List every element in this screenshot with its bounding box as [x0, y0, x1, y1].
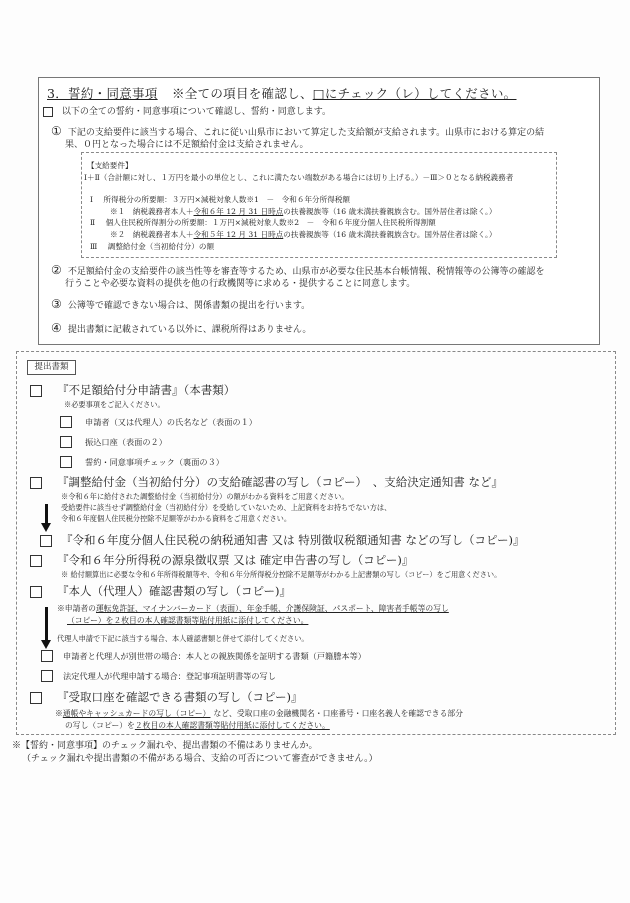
- doc2-note-1: ※令和６年に給付された調整給付金（当初給付分）の額がわかる資料をご用意ください。: [61, 492, 349, 502]
- doc1-sub2-checkbox[interactable]: [60, 436, 72, 448]
- section-title: 3．誓約・同意事項 ※全ての項目を確認し、□にチェック（レ）してください。: [47, 84, 517, 102]
- doc4-title: 『本人（代理人）確認書類の写し（コピー)』: [57, 583, 291, 599]
- section-title-main: 3．誓約・同意事項: [47, 86, 158, 101]
- text-underlined: ２枚目の本人確認書類等貼付用紙に添付してください。: [135, 721, 330, 730]
- text-underlined: 運転免許証、マイナンバーカード（表面）、年金手帳、介護保険証、パスポート、障害者…: [96, 604, 449, 613]
- text: など、受取口座の金融機関名・口座番号・口座名義人を確認できる部分: [213, 709, 463, 718]
- text-underlined: 令和６年 12 月 31 日時点: [194, 207, 284, 216]
- text: ※: [55, 709, 63, 718]
- doc4-proxy-note: 代理人申請で下記に該当する場合、本人確認書類と併せて添付してください。: [57, 634, 309, 644]
- item-number: ③: [51, 297, 65, 311]
- doc5-checkbox[interactable]: [30, 692, 42, 704]
- item-number: ②: [51, 263, 65, 277]
- requirement-ii: Ⅱ 個人住民税所得割分の所要額：１万円×減税対象人数※2 － 令和６年度分個人住…: [90, 217, 436, 228]
- section-title-note: ※全ての項目を確認し、: [172, 86, 313, 101]
- doc2-alt-title: 『令和６年度分個人住民税の納税通知書 又は 特別徴収税額通知書 などの写し（コピ…: [61, 532, 525, 548]
- doc4-note-line1: ※申請者の運転免許証、マイナンバーカード（表面）、年金手帳、介護保険証、パスポー…: [57, 603, 449, 614]
- doc2-checkbox[interactable]: [30, 477, 42, 489]
- doc3-checkbox[interactable]: [30, 555, 42, 567]
- agree-all-label: 以下の全ての誓約・同意事項について確認し、誓約・同意します。: [62, 107, 331, 117]
- agree-all-row: 以下の全ての誓約・同意事項について確認し、誓約・同意します。: [43, 104, 331, 117]
- doc1-title: 『不足額給付分申請書』（本書類）: [57, 382, 235, 398]
- doc2-note-2: 受給要件に該当せず調整給付金（当初給付分）を受給していないため、上記資料をお持ち…: [61, 503, 391, 513]
- text: 調整給付金（当初給付分）の額: [108, 242, 214, 251]
- doc4-proxy1-label: 申請者と代理人が別世帯の場合：本人との親族関係を証明する書類（戸籍謄本等）: [63, 651, 366, 662]
- consent-item-1-cont: 果、０円となった場合には不足額給付金は支給されません。: [65, 137, 309, 150]
- doc4-checkbox[interactable]: [30, 586, 42, 598]
- requirement-iii: Ⅲ 調整給付金（当初給付分）の額: [90, 241, 214, 252]
- agree-all-checkbox[interactable]: [43, 107, 53, 117]
- item-number: ④: [51, 321, 65, 335]
- doc4-proxy2-label: 法定代理人が代理申請する場合：登記事項証明書等の写し: [63, 671, 276, 682]
- item-text: 提出書類に記載されている以外に、課税所得はありません。: [68, 325, 312, 335]
- payment-requirements-box: 【支給要件】 Ⅰ＋Ⅱ（合計額に対し、１万円を最小の単位とし、これに満たない端数が…: [81, 152, 557, 258]
- doc4-proxy2-checkbox[interactable]: [41, 670, 53, 682]
- section-title-note-underlined: □にチェック（レ）してください。: [313, 86, 517, 101]
- text: の扶養親族等（16 歳未満扶養親族含む。国外居住者は除く。）: [283, 230, 496, 239]
- text: 個人住民税所得割分の所要額：１万円×減税対象人数※2 － 令和６年度分個人住民税…: [106, 218, 436, 227]
- label: Ⅲ: [90, 242, 97, 251]
- doc2-note-3: 令和６年度個人住民税分控除不足額等がわかる資料をご用意ください。: [61, 514, 291, 524]
- doc5-note-line2: の写し（コピー）を２枚目の本人確認書類等貼付用紙に添付してください。: [65, 720, 330, 731]
- consent-item-1: ① 下記の支給要件に該当する場合、これに従い山県市において算定した支給額が支給さ…: [51, 124, 544, 138]
- doc1-sub2-label: 振込口座（表面の２）: [85, 437, 167, 448]
- text: の写し（コピー）を: [65, 721, 135, 730]
- doc1-sub1-label: 申請者（又は代理人）の氏名など（表面の１）: [85, 417, 257, 428]
- doc4-proxy1-checkbox[interactable]: [41, 650, 53, 662]
- requirement-i: Ⅰ 所得税分の所要額：３万円×減税対象人数※1 － 令和６年分所得税額: [90, 194, 350, 205]
- requirements-formula: Ⅰ＋Ⅱ（合計額に対し、１万円を最小の単位とし、これに満たない端数がある場合には切…: [84, 172, 513, 183]
- footer-warning-line2: （チェック漏れや提出書類の不備がある場合、支給の可否について審査ができません。）: [22, 751, 378, 764]
- label: Ⅱ: [90, 218, 95, 227]
- requirements-heading: 【支給要件】: [87, 160, 133, 171]
- text: ※申請者の: [57, 604, 96, 613]
- doc1-sub3-checkbox[interactable]: [60, 456, 72, 468]
- text-underlined: 通帳やキャッシュカードの写し（コピー）: [63, 709, 211, 718]
- requirement-note-2: ※２ 納税義務者本人＋令和５年 12 月 31 日時点の扶養親族等（16 歳未満…: [110, 229, 496, 240]
- doc3-title: 『令和６年分所得税の源泉徴収票 又は 確定申告書の写し（コピー)』: [57, 552, 413, 568]
- doc2-alt-checkbox[interactable]: [40, 535, 52, 547]
- arrowhead-icon: [41, 640, 51, 649]
- consent-item-2-cont: 行うことや必要な資料の提供を他の行政機関等に求める・提供することに同意します。: [65, 276, 415, 289]
- text-underlined: （コピー）を２枚目の本人確認書類等貼付用紙に添付してください。: [67, 616, 308, 625]
- pledge-consent-section: 3．誓約・同意事項 ※全ての項目を確認し、□にチェック（レ）してください。 以下…: [38, 77, 600, 345]
- item-number: ①: [51, 124, 65, 138]
- item-text: 公簿等で確認できない場合は、関係書類の提出を行います。: [68, 301, 310, 311]
- doc5-note-line1: ※通帳やキャッシュカードの写し（コピー）など、受取口座の金融機関名・口座番号・口…: [55, 708, 463, 719]
- arrow-down-icon: [45, 607, 48, 641]
- doc5-title: 『受取口座を確認できる書類の写し（コピー)』: [57, 689, 303, 705]
- text: の扶養親族等（16 歳未満扶養親族含む。国外居住者は除く。）: [283, 207, 496, 216]
- text: ※２ 納税義務者本人＋: [110, 230, 194, 239]
- doc1-checkbox[interactable]: [30, 385, 42, 397]
- required-documents-section: 提出書類 『不足額給付分申請書』（本書類） ※必要事項をご記入ください。 申請者…: [16, 351, 616, 735]
- requirement-note-1: ※１ 納税義務者本人＋令和６年 12 月 31 日時点の扶養親族等（16 歳未満…: [110, 206, 496, 217]
- footer-warning-line1: ※【誓約・同意事項】のチェック漏れや、提出書類の不備はありませんか。: [12, 738, 318, 751]
- text-underlined: 令和５年 12 月 31 日時点: [194, 230, 284, 239]
- label: Ⅰ: [90, 195, 93, 204]
- doc2-title: 『調整給付金（当初給付分）の支給確認書の写し（コピー） 、支給決定通知書 など』: [57, 474, 503, 490]
- doc1-sub3-label: 誓約・同意事項チェック（裏面の３）: [85, 457, 224, 468]
- text: ※１ 納税義務者本人＋: [110, 207, 194, 216]
- doc4-note-line2: （コピー）を２枚目の本人確認書類等貼付用紙に添付してください。: [67, 615, 308, 626]
- doc3-note: ※ 給付額算出に必要な令和６年所得税額等や、令和６年分所得税分控除不足額等がわか…: [61, 570, 501, 580]
- arrowhead-icon: [41, 523, 51, 532]
- doc1-sub1-checkbox[interactable]: [60, 416, 72, 428]
- documents-tag: 提出書類: [27, 360, 76, 375]
- text: 所得税分の所要額：３万円×減税対象人数※1 － 令和６年分所得税額: [103, 195, 350, 204]
- consent-item-4: ④ 提出書類に記載されている以外に、課税所得はありません。: [51, 321, 311, 335]
- consent-item-2: ② 不足額給付金の支給要件の該当性等を審査等するため、山県市が必要な住民基本台帳…: [51, 263, 545, 277]
- doc1-note: ※必要事項をご記入ください。: [64, 400, 165, 410]
- consent-item-3: ③ 公簿等で確認できない場合は、関係書類の提出を行います。: [51, 297, 310, 311]
- arrow-down-icon: [45, 504, 48, 524]
